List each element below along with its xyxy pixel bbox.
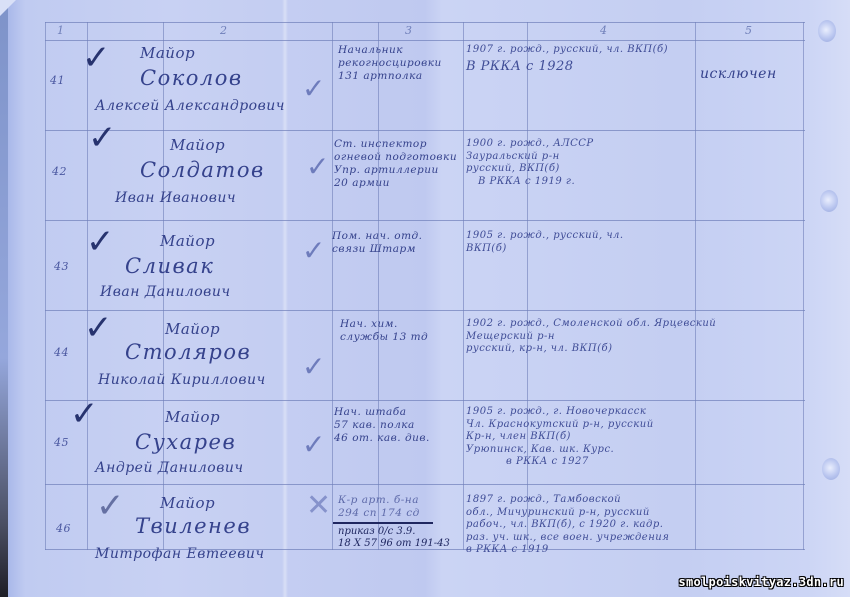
check-mark-icon: ✓	[88, 118, 117, 158]
site-watermark: smolpoiskvityaz.3dn.ru	[678, 575, 844, 589]
check-mark-icon: ✓	[302, 428, 325, 461]
officer-given-names: Митрофан Евтеевич	[95, 546, 265, 562]
officer-position: Ст. инспектор огневой подготовки Упр. ар…	[334, 138, 457, 190]
officer-given-names: Андрей Данилович	[95, 460, 244, 476]
officer-rank: Майор	[160, 232, 215, 250]
officer-given-names: Иван Данилович	[100, 284, 231, 300]
officer-position: Пом. нач. отд. связи Штарм	[332, 230, 423, 256]
row-number: 43	[54, 260, 69, 273]
check-mark-icon: ✓	[70, 394, 99, 434]
column-number: 4	[600, 24, 607, 37]
cross-mark-icon: ✕	[306, 488, 331, 523]
officer-biography: 1900 г. рожд., АЛССР Зауральский р-н рус…	[466, 138, 594, 188]
row-number: 41	[50, 74, 65, 87]
check-mark-icon: ✓	[302, 350, 325, 383]
officer-rank: Майор	[170, 136, 225, 154]
officer-position: Начальник рекогносцировки 131 артполка	[338, 44, 442, 83]
officer-surname: Столяров	[125, 340, 251, 364]
column-number: 2	[220, 24, 227, 37]
officer-given-names: Алексей Александрович	[95, 98, 285, 114]
officer-given-names: Николай Кириллович	[98, 372, 266, 388]
check-mark-icon: ✓	[302, 234, 325, 267]
row-number: 44	[54, 346, 69, 359]
officer-surname: Твиленев	[135, 514, 251, 538]
officer-surname: Сливак	[125, 254, 214, 278]
officer-position: К-р арт. б-на 294 сп 174 сд	[338, 494, 420, 520]
check-mark-icon: ✓	[96, 486, 125, 526]
check-mark-icon: ✓	[82, 38, 111, 78]
officer-rank: Майор	[165, 408, 220, 426]
officer-biography: 1902 г. рожд., Смоленской обл. Ярцевский…	[466, 318, 716, 356]
row-number: 42	[52, 165, 67, 178]
officer-rank: Майор	[140, 44, 195, 62]
officer-rank: Майор	[165, 320, 220, 338]
officer-biography: 1897 г. рожд., Тамбовской обл., Мичуринс…	[466, 494, 669, 557]
row-number: 45	[54, 436, 69, 449]
punch-hole-icon	[818, 20, 836, 42]
order-annotation: приказ 0/с 3.9. 18 Х 57 96 от 191-43	[338, 526, 450, 550]
officer-surname: Сухарев	[135, 430, 236, 454]
punch-hole-icon	[820, 190, 838, 212]
check-mark-icon: ✓	[86, 222, 115, 262]
officer-surname: Солдатов	[140, 158, 265, 182]
officer-position: Нач. хим. службы 13 тд	[340, 318, 428, 344]
folded-corner	[0, 0, 16, 16]
officer-biography: 1907 г. рожд., русский, чл. ВКП(б) В РКК…	[466, 44, 668, 73]
officer-surname: Соколов	[140, 66, 243, 90]
row-number: 46	[56, 522, 71, 535]
punch-hole-icon	[822, 458, 840, 480]
scan-edge-shadow	[0, 0, 8, 597]
column-number: 3	[405, 24, 412, 37]
officer-remark: исключен	[700, 66, 777, 82]
officer-position: Нач. штаба 57 кав. полка 46 от. кав. див…	[334, 406, 430, 445]
scanned-document-page: 1 2 3 4 5 41 ✓ Майор Соколов Алексей Але…	[0, 0, 850, 597]
officer-biography: 1905 г. рожд., русский, чл. ВКП(б)	[466, 230, 624, 255]
check-mark-icon: ✓	[302, 72, 325, 105]
column-number: 1	[57, 24, 64, 37]
officer-biography: 1905 г. рожд., г. Новочеркасск Чл. Красн…	[466, 406, 654, 469]
officer-rank: Майор	[160, 494, 215, 512]
column-number: 5	[745, 24, 752, 37]
officer-given-names: Иван Иванович	[115, 190, 236, 206]
check-mark-icon: ✓	[306, 150, 329, 183]
annotation-underline	[333, 522, 433, 524]
check-mark-icon: ✓	[84, 308, 113, 348]
